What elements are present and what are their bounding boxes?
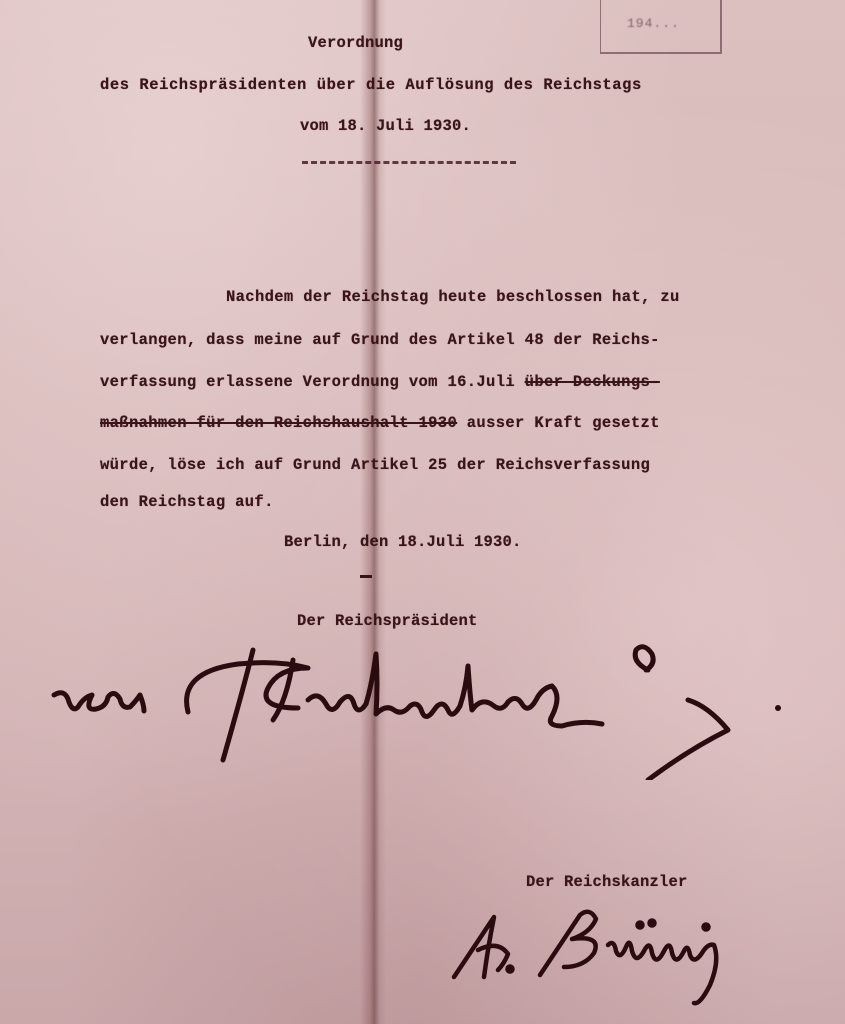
body-line-4: maßnahmen für den Reichshaushalt 1930 au… [100,414,660,432]
body-line-4-text: ausser Kraft gesetzt [457,414,660,432]
hindenburg-signature [48,640,788,780]
body-line-3: verfassung erlassene Verordnung vom 16.J… [100,373,660,391]
bruening-signature [448,905,845,1024]
chancellor-title: Der Reichskanzler [526,873,688,891]
paper-fold-crease [360,0,386,1024]
body-line-2: verlangen, dass meine auf Grund des Arti… [100,331,660,349]
body-line-5: würde, löse ich auf Grund Artikel 25 der… [100,456,650,474]
archive-stamp: 194... [600,0,722,54]
struck-text: maßnahmen für den Reichshaushalt 1930 [100,414,457,432]
stamp-number: 194... [627,16,680,31]
struck-text: über Deckungs- [525,373,660,391]
document-paper [0,0,845,1024]
body-line-1: Nachdem der Reichstag heute beschlossen … [226,288,680,306]
document-date-line: vom 18. Juli 1930. [300,117,471,135]
title-divider [302,161,516,164]
document-subtitle: des Reichspräsidenten über die Auflösung… [100,76,642,94]
president-title: Der Reichspräsident [297,612,478,630]
document-title: Verordnung [308,34,403,52]
pencil-mark [360,575,372,578]
body-line-6: den Reichstag auf. [100,493,274,511]
body-line-3-text: verfassung erlassene Verordnung vom 16.J… [100,373,525,391]
place-date: Berlin, den 18.Juli 1930. [284,533,522,551]
